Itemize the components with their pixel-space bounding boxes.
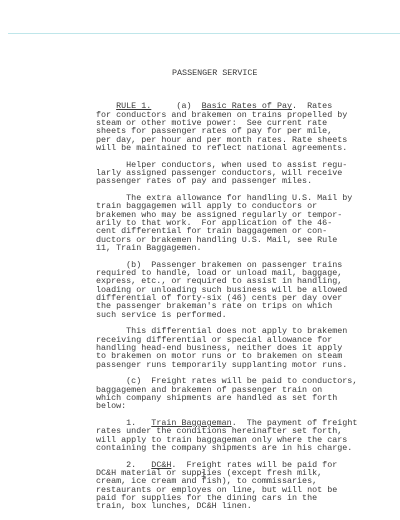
- text-line: such service is performed.: [96, 311, 346, 319]
- text-line: below:: [96, 402, 346, 410]
- text-line: passenger rates of pay and passenger mil…: [96, 177, 346, 185]
- page-number: -1-: [196, 470, 211, 480]
- document-body: RULE 1. (a) Basic Rates of Pay. Ratesfor…: [96, 102, 346, 510]
- paragraph-mail: The extra allowance for handling U.S. Ma…: [96, 194, 346, 252]
- paragraph-c1: 1. Train Baggageman. The payment of frei…: [96, 419, 346, 452]
- paragraph-c: (c) Freight rates will be paid to conduc…: [96, 377, 346, 410]
- paragraph-c2: 2. DC&H. Freight rates will be paid forD…: [96, 461, 346, 511]
- text-line: 11, Train Baggagemen.: [96, 244, 346, 252]
- text-line: train, box lunches, DC&H linen.: [96, 502, 346, 510]
- paragraph-helper: Helper conductors, when used to assist r…: [96, 161, 346, 186]
- text-line: will be maintained to reflect national a…: [96, 144, 346, 152]
- paragraph-rule1a: RULE 1. (a) Basic Rates of Pay. Ratesfor…: [96, 102, 346, 152]
- scan-edge-line: [8, 33, 400, 34]
- paragraph-b: (b) Passenger brakemen on passenger trai…: [96, 261, 346, 319]
- text-line: which company shipments are handled as s…: [96, 394, 346, 402]
- paragraph-differential: This differential does not apply to brak…: [96, 327, 346, 368]
- document-page: PASSENGER SERVICE RULE 1. (a) Basic Rate…: [96, 52, 346, 520]
- text-line: containing the company shipments are in …: [96, 444, 346, 452]
- text-line: passenger runs temporarily supplanting m…: [96, 361, 346, 369]
- page-title: PASSENGER SERVICE: [172, 69, 346, 77]
